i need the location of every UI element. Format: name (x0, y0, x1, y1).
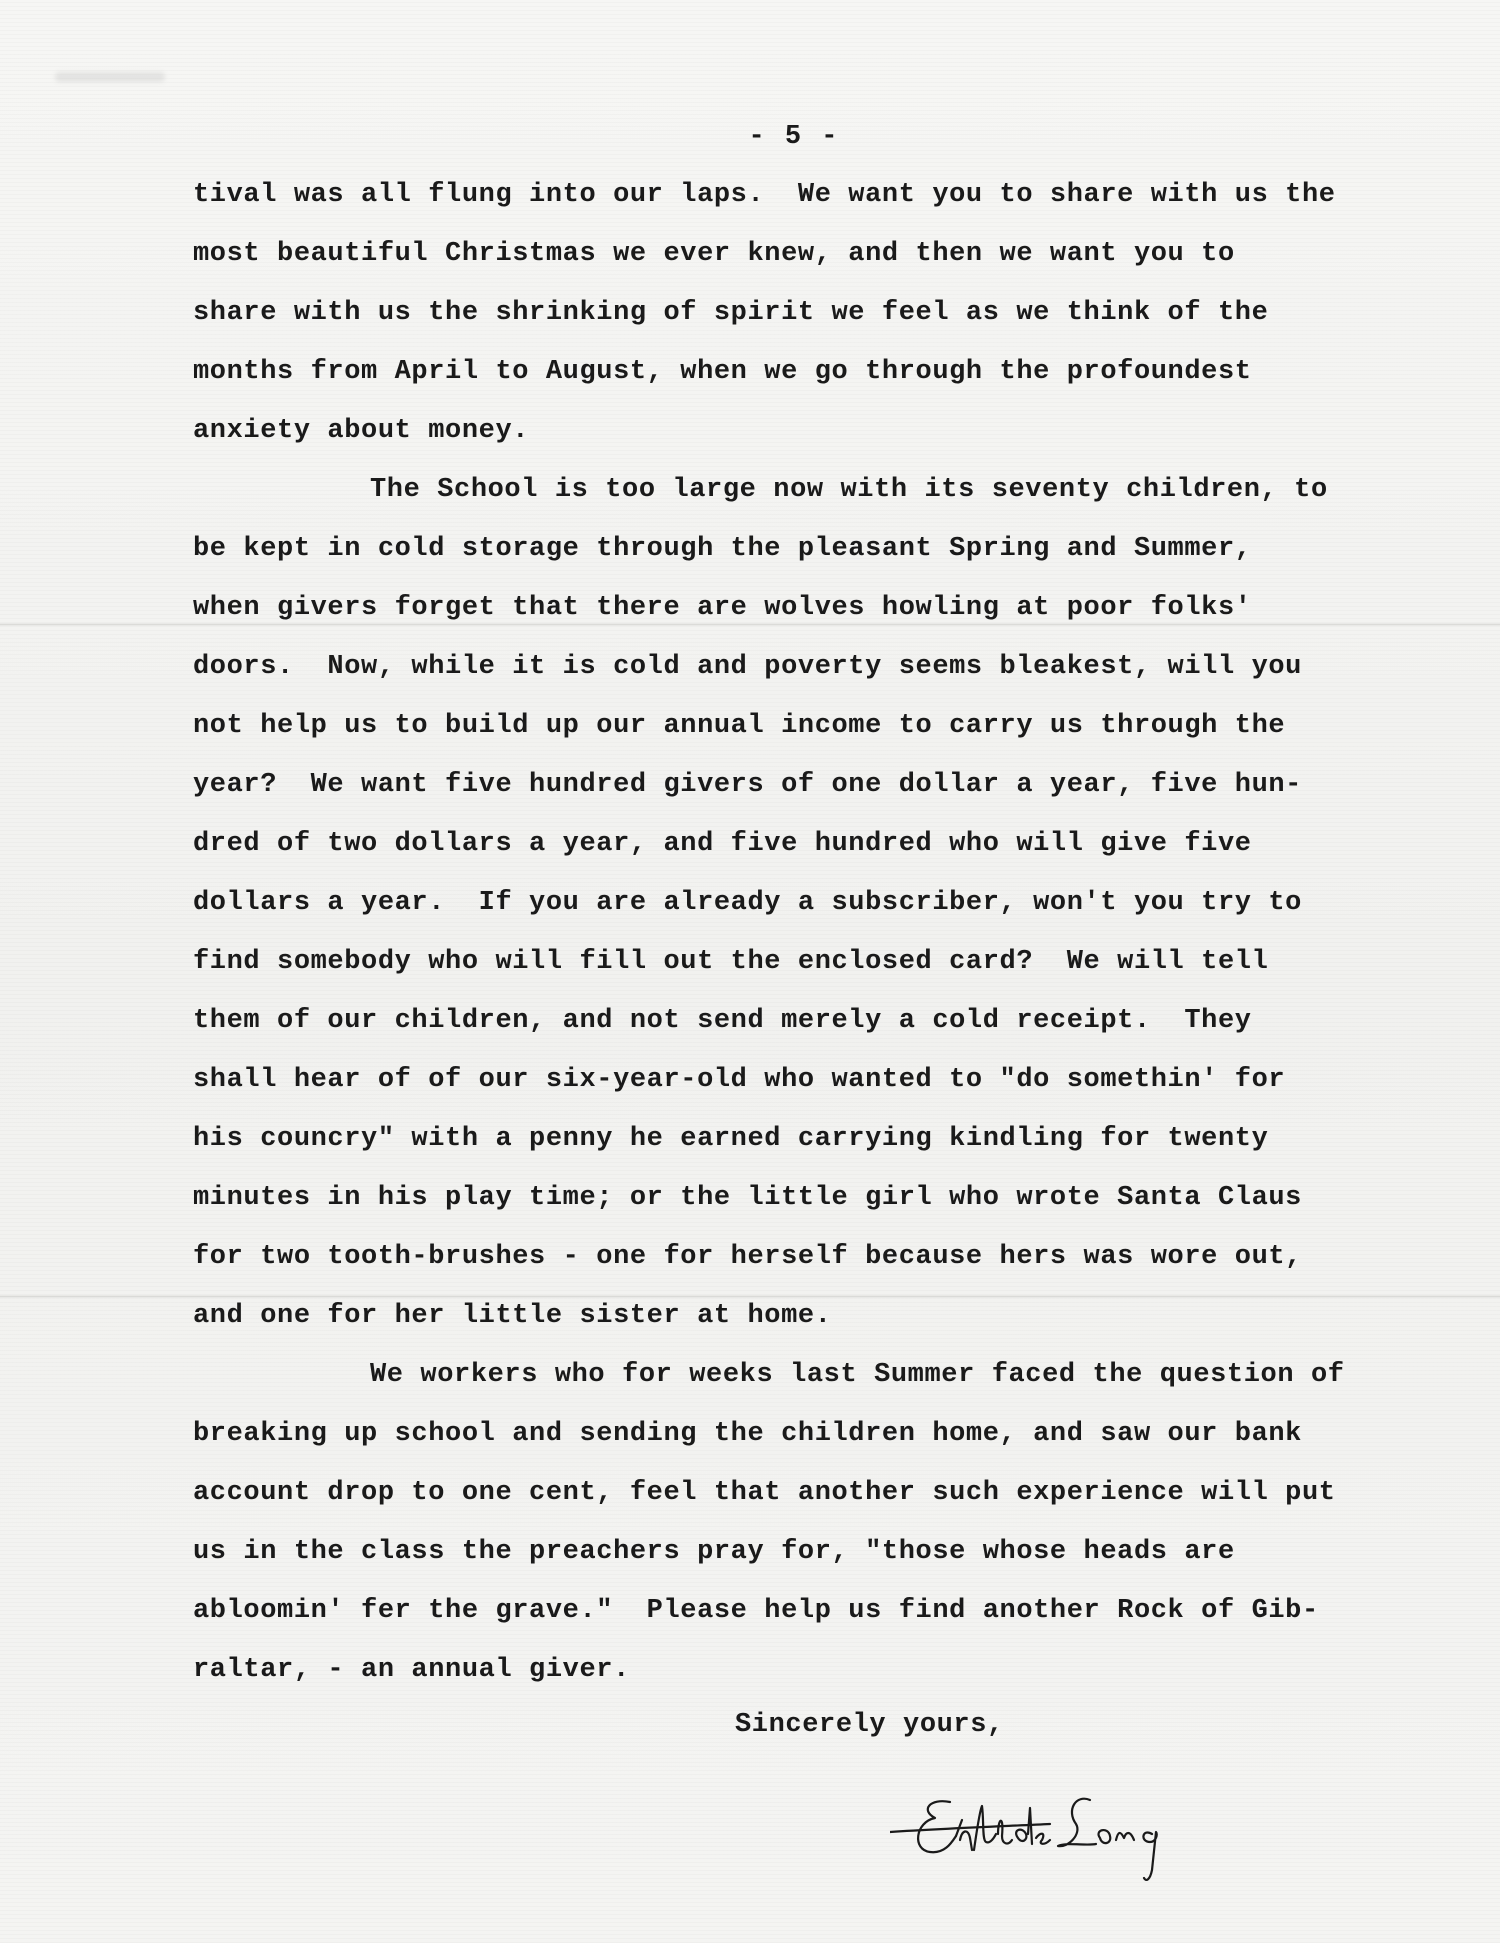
text-line: raltar, - an annual giver. (193, 1653, 630, 1687)
paragraph-start-line: The School is too large now with its sev… (370, 473, 1328, 507)
paragraph-start-line: We workers who for weeks last Summer fac… (370, 1358, 1345, 1392)
text-line: year? We want five hundred givers of one… (193, 768, 1302, 802)
text-line: for two tooth-brushes - one for herself … (193, 1240, 1302, 1274)
page-number: - 5 - (0, 122, 1500, 152)
text-line: share with us the shrinking of spirit we… (193, 296, 1268, 330)
text-line: account drop to one cent, feel that anot… (193, 1476, 1336, 1510)
text-line: shall hear of of our six-year-old who wa… (193, 1063, 1285, 1097)
text-line: be kept in cold storage through the plea… (193, 532, 1252, 566)
ink-smudge (55, 72, 165, 82)
text-line: months from April to August, when we go … (193, 355, 1252, 389)
text-line: most beautiful Christmas we ever knew, a… (193, 237, 1235, 271)
text-line: minutes in his play time; or the little … (193, 1181, 1302, 1215)
closing-salutation: Sincerely yours, (735, 1710, 1004, 1740)
handwritten-signature (890, 1780, 1230, 1890)
text-line: doors. Now, while it is cold and poverty… (193, 650, 1302, 684)
text-line: dollars a year. If you are already a sub… (193, 886, 1302, 920)
text-line: tival was all flung into our laps. We wa… (193, 178, 1336, 212)
text-line: anxiety about money. (193, 414, 529, 448)
text-line: not help us to build up our annual incom… (193, 709, 1285, 743)
text-line: breaking up school and sending the child… (193, 1417, 1302, 1451)
text-line: them of our children, and not send merel… (193, 1004, 1252, 1038)
text-line: find somebody who will fill out the encl… (193, 945, 1268, 979)
paper-fold-crease (0, 1295, 1500, 1298)
text-line: and one for her little sister at home. (193, 1299, 832, 1333)
text-line: abloomin' fer the grave." Please help us… (193, 1594, 1319, 1628)
text-line: dred of two dollars a year, and five hun… (193, 827, 1252, 861)
text-line: when givers forget that there are wolves… (193, 591, 1252, 625)
text-line: us in the class the preachers pray for, … (193, 1535, 1235, 1569)
text-line: his councry" with a penny he earned carr… (193, 1122, 1268, 1156)
